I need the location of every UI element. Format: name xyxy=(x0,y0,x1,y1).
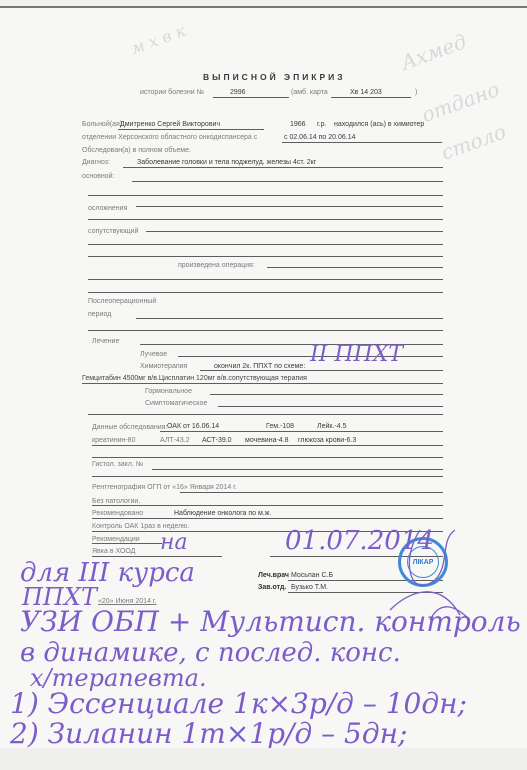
diagnosis-value: Заболевание головки и тела поджелуд. жел… xyxy=(137,158,316,167)
exam-hem: Гем.-108 xyxy=(266,422,294,431)
complications-line xyxy=(136,206,443,207)
operation-line xyxy=(267,267,443,268)
lab-line xyxy=(92,445,443,446)
xray-line xyxy=(180,492,443,493)
period-label: период xyxy=(88,310,111,319)
hormonal-label: Гормональное xyxy=(145,387,192,396)
card-label: (амб. карта xyxy=(291,88,328,97)
patient-name-line xyxy=(118,129,264,130)
blank-line xyxy=(88,244,443,245)
postop-label: Послеоперационный xyxy=(88,297,156,306)
card-number-line xyxy=(331,97,411,98)
document-title: ВЫПИСНОЙ ЭПИКРИЗ xyxy=(203,72,346,82)
chemo-scheme: Гемцитабин 4500мг в/в.Цисплатин 120мг в/… xyxy=(82,374,307,383)
visit-line xyxy=(92,556,222,557)
handwritten-line2: в динамике, с послед. конс. xyxy=(20,640,401,666)
recommended-line xyxy=(92,518,443,519)
recommended-label: Рекомендовано xyxy=(92,509,143,518)
blank-line xyxy=(88,330,443,331)
stay-period-line xyxy=(282,142,442,143)
diagnosis-line xyxy=(123,167,443,168)
head-name: Бузько Т.М. xyxy=(291,583,328,592)
department-text: отделении Херсонского областного онкодис… xyxy=(82,133,257,142)
histology-label: Гистол. закл. № xyxy=(92,460,143,469)
symptomatic-line xyxy=(218,406,443,407)
visit-label: Явка в ХООД xyxy=(92,547,135,556)
patient-label: Больной(ая) xyxy=(82,120,122,129)
lab-glucose: глюкоза крови-6.3 xyxy=(298,436,356,445)
handwritten-line5: 2) Зиланин 1т×1р/д – 5дн; xyxy=(10,720,407,748)
xray-text: Рентгенография ОГП от «16» Января 2014 г… xyxy=(92,483,237,492)
recommended-value: Наблюдение онколога по м.ж. xyxy=(174,509,271,518)
handwritten-line4: 1) Эссенциале 1к×3р/д – 10дн; xyxy=(10,690,467,718)
exam-label: Данные обследования: xyxy=(92,423,167,432)
doctor-label: Леч.врач xyxy=(258,571,289,580)
blank-line xyxy=(88,219,443,220)
patient-name: Дмитренко Сергей Викторович xyxy=(120,120,220,129)
concomitant-line xyxy=(146,231,443,232)
history-number: 2996 xyxy=(230,88,246,97)
hormonal-line xyxy=(210,394,443,395)
recommendations-line xyxy=(92,543,162,544)
history-label: истории болезни № xyxy=(140,88,204,97)
complications-label: осложнения xyxy=(88,204,127,213)
exam-oak: ОАК от 16.06.14 xyxy=(167,422,219,431)
concomitant-label: сопутствующий xyxy=(88,227,139,236)
lab-urea: мочевина-4.8 xyxy=(245,436,289,445)
examined-text: Обследован(а) в полном объеме. xyxy=(82,146,191,155)
history-number-line xyxy=(213,97,289,98)
lab-creatinine: креатинин-80 xyxy=(92,436,135,445)
chemo-scheme-line xyxy=(82,383,443,384)
page-bottom-edge xyxy=(0,748,527,770)
stay-period: с 02.06.14 по 20.06.14 xyxy=(284,133,356,142)
blank-line xyxy=(92,457,443,458)
head-label: Зав.отд. xyxy=(258,583,286,592)
no-pathology-line xyxy=(92,505,443,506)
blank-line xyxy=(88,414,443,415)
blank-line xyxy=(88,279,443,280)
doctor-signature xyxy=(380,520,480,630)
card-close: ) xyxy=(415,88,417,97)
radiation-label: Лучевое xyxy=(140,350,167,359)
diagnosis-label: Диагноз: xyxy=(82,158,110,167)
blank-line xyxy=(92,476,443,477)
period-line xyxy=(136,318,443,319)
handwritten-chemo-note: II ППХТ xyxy=(310,344,403,366)
histology-line xyxy=(152,469,443,470)
page-top-edge xyxy=(0,6,527,8)
main-diagnosis-line xyxy=(132,181,443,182)
lab-alt: АЛТ-43.2 xyxy=(160,436,190,445)
exam-leik: Лейк.-4.5 xyxy=(317,422,346,431)
treatment-label: Лечение xyxy=(92,337,119,346)
handwritten-visit-on: на xyxy=(160,532,188,554)
stay-text: находился (ась) в химиотер xyxy=(334,120,424,129)
blank-line xyxy=(88,292,443,293)
symptomatic-label: Симптоматическое xyxy=(145,399,207,408)
blank-line xyxy=(88,195,443,196)
chemo-label: Химиотерапия xyxy=(140,362,187,371)
main-diagnosis-label: основной: xyxy=(82,172,114,181)
chemo-line xyxy=(200,370,443,371)
birth-year: 1966 xyxy=(290,120,306,129)
doctor-name: Мосьпан С.Б xyxy=(291,571,333,580)
birth-suffix: г.р. xyxy=(317,120,326,129)
card-number: Хв 14 203 xyxy=(350,88,382,97)
blank-line xyxy=(88,256,443,257)
lab-ast: АСТ-39.0 xyxy=(202,436,232,445)
exam-line xyxy=(160,431,443,432)
operation-label: произведена операция: xyxy=(178,261,255,270)
